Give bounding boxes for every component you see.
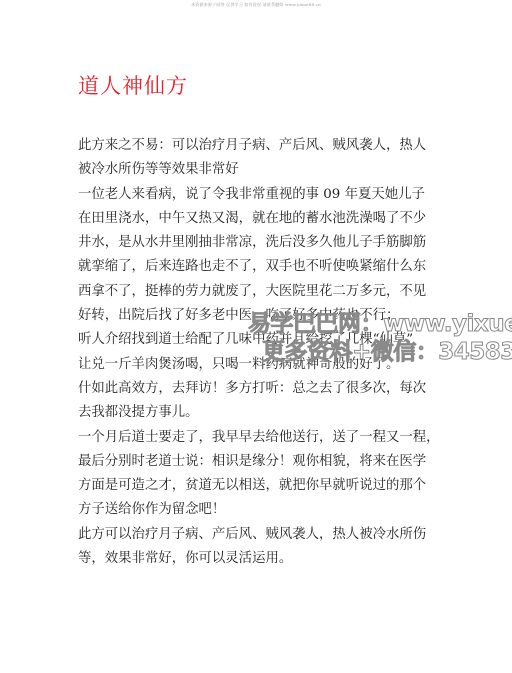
body-line: 在田里浇水，中午又热又渴，就在地的蓄水池洗澡喝了不少 — [78, 207, 438, 231]
watermark-contact: 更多资料+微信：3458344044 — [262, 333, 512, 366]
body-line: 就挛缩了，后来连路也走不了，双手也不听使唤紧缩什么东 — [78, 255, 438, 279]
body-line: 一个月后道士要走了，我早早去给他送行，送了一程又一程， — [78, 426, 438, 450]
body-line: 什如此高效方，去拜访！多方打听：总之去了很多次，每次 — [78, 377, 438, 401]
body-line: 井水，是从水井里刚抽非常凉，洗后没多久他儿子手筋脚筋 — [78, 231, 438, 255]
body-line: 方面是可造之才，贫道无以相送，就把你早就听说过的那个 — [78, 474, 438, 498]
body-line: 一位老人来看病，说了令我非常重视的事 09 年夏天她儿子 — [78, 183, 438, 207]
body-line: 此方来之不易：可以治疗月子病、产后风、贼风袭人，热人 — [78, 134, 438, 158]
body-line: 方子送给你作为留念吧！ — [78, 498, 438, 522]
document-title: 道人神仙方 — [78, 70, 188, 100]
body-line: 最后分别时老道士说：相识是缘分！观你相貌，将来在医学 — [78, 450, 438, 474]
body-line: 被冷水所伤等等效果非常好 — [78, 158, 438, 182]
body-line: 西拿不了，挺棒的劳力就废了，大医院里花二万多元，不见 — [78, 280, 438, 304]
body-line: 去我都没提方事儿。 — [78, 401, 438, 425]
body-line: 此方可以治疗月子病、产后风、贼风袭人，热人被冷水所伤 — [78, 523, 438, 547]
header-strip: 本资源来源于网络 仅供学习 如有侵权 请联系删除 www.yixue88.cn — [0, 2, 512, 8]
body-line: 等，效果非常好，你可以灵活运用。 — [78, 547, 438, 571]
